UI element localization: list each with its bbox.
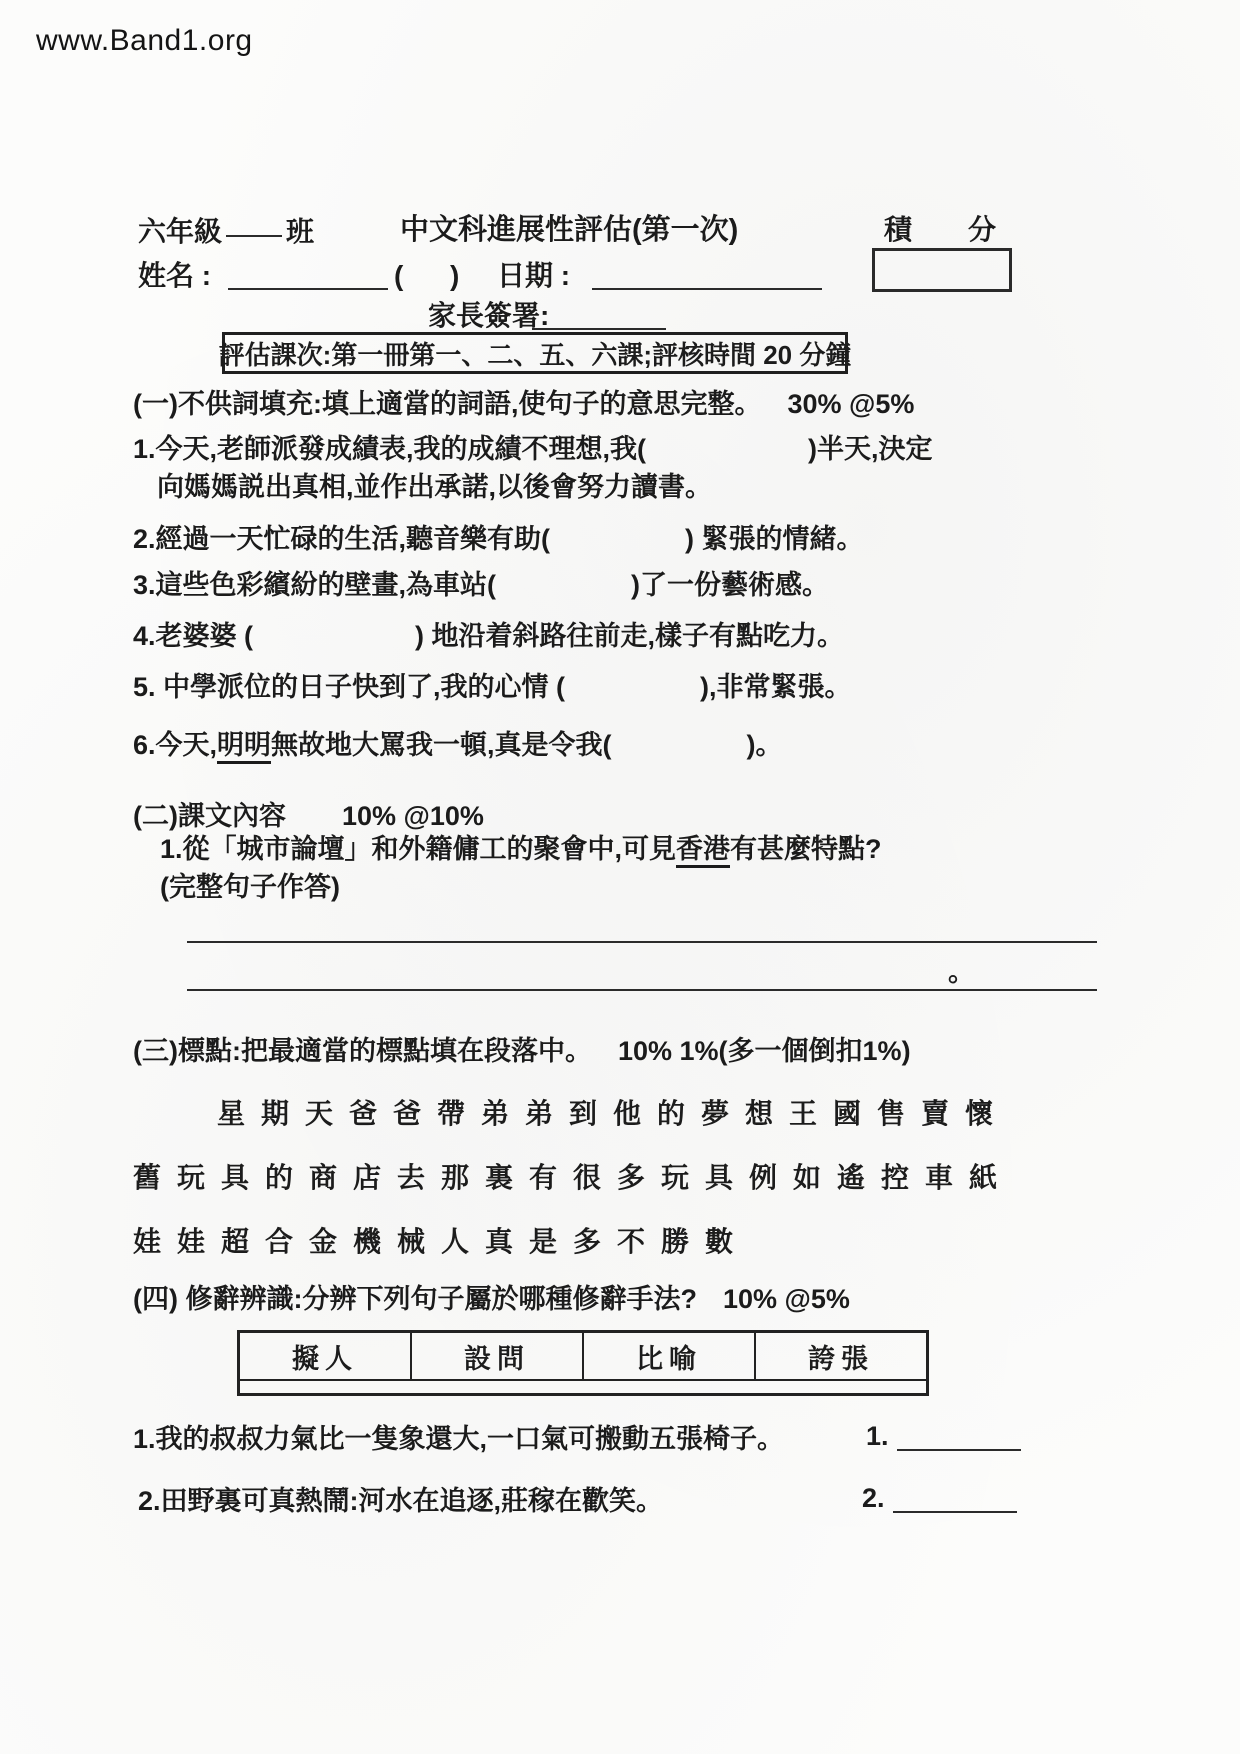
rhetoric-table: 擬人 設問 比喻 誇張 — [237, 1330, 929, 1396]
section4-marks: 10% @5% — [723, 1284, 850, 1314]
section4-q2-answer-label: 2. — [862, 1483, 885, 1514]
class-number-paren-close: ) — [450, 258, 459, 293]
section4-heading-row: (四) 修辭辨識:分辨下列句子屬於哪種修辭手法?10% @5% — [133, 1283, 850, 1317]
rhetoric-header-simile: 比喻 — [584, 1333, 756, 1381]
section4-q2-text: 2.田野裏可真熱鬧:河水在追逐,莊稼在歡笑。 — [138, 1485, 663, 1519]
section2-answer-line-2 — [187, 989, 1097, 991]
date-label: 日期 : — [497, 258, 570, 293]
section2-q1-note: (完整句子作答) — [160, 871, 340, 905]
passage-line-1: 星期天爸爸帶弟弟到他的夢想王國售賣懷 — [133, 1082, 1093, 1146]
section1-heading: (一)不供詞填充:填上適當的詞語,使句子的意思完整。 — [133, 389, 761, 419]
section1-q2: 2.經過一天忙碌的生活,聽音樂有助( ) 緊張的情緒。 — [133, 523, 864, 557]
section2-q1-post: 有甚麼特點? — [730, 834, 882, 864]
section2-q1: 1.從「城市論壇」和外籍傭工的聚會中,可見香港有甚麼特點? — [160, 833, 882, 867]
section4-q1-answer-label: 1. — [866, 1421, 889, 1452]
section2-q1-pre: 1.從「城市論壇」和外籍傭工的聚會中,可見 — [160, 834, 676, 864]
section1-heading-row: (一)不供詞填充:填上適當的詞語,使句子的意思完整。30% @5% — [133, 388, 914, 422]
section4-q1-text: 1.我的叔叔力氣比一隻象還大,一口氣可搬動五張椅子。 — [133, 1423, 784, 1457]
passage-line-2: 舊玩具的商店去那裏有很多玩具例如遙控車紙 — [133, 1146, 1093, 1210]
section2-answer-line-1 — [187, 941, 1097, 943]
section2-answer-period: 。 — [948, 950, 975, 989]
date-blank — [592, 288, 822, 290]
grade-class-line: 六年級班 — [138, 214, 314, 249]
section3-heading-row: (三)標點:把最適當的標點填在段落中。10% 1%(多一個倒扣1%) — [133, 1035, 911, 1069]
section2-marks: 10% @10% — [342, 801, 484, 831]
class-number-paren-open: ( — [394, 258, 403, 293]
section4-heading: (四) 修辭辨識:分辨下列句子屬於哪種修辭手法? — [133, 1284, 697, 1314]
class-suffix-label: 班 — [286, 216, 314, 247]
scanned-test-paper: www.Band1.org 六年級班 中文科進展性評估(第一次) 積 分 姓名 … — [0, 0, 1240, 1754]
section1-q1-line2: 向媽媽説出真相,並作出承諾,以後會努力讀書。 — [157, 471, 712, 505]
grade-label: 六年級 — [138, 216, 222, 247]
rhetoric-header-hyperbole: 誇張 — [756, 1333, 926, 1381]
section1-q4: 4.老婆婆 ( ) 地沿着斜路往前走,樣子有點吃力。 — [133, 620, 844, 654]
site-watermark: www.Band1.org — [36, 24, 253, 58]
name-blank — [228, 288, 388, 290]
rhetoric-table-header-row: 擬人 設問 比喻 誇張 — [240, 1333, 926, 1381]
passage-line-3: 娃娃超合金機械人真是多不勝數 — [133, 1210, 1093, 1274]
section4-q1-answer-blank — [897, 1449, 1021, 1451]
score-box — [872, 248, 1012, 292]
section1-q6: 6.今天,明明無故地大罵我一頓,真是令我( )。 — [133, 729, 783, 763]
assessment-scope-text: 評估課次:第一冊第一、二、五、六課;評核時間 20 分鐘 — [219, 335, 852, 372]
section1-marks: 30% @5% — [787, 389, 914, 419]
paper-title: 中文科進展性評估(第一次) — [400, 212, 738, 248]
section1-q6-post: 無故地大罵我一頓,真是令我( )。 — [271, 730, 782, 760]
section1-q1-line1: 1.今天,老師派發成績表,我的成績不理想,我( )半天,決定 — [133, 433, 933, 467]
section2-q1-underlined-word: 香港 — [676, 834, 730, 868]
rhetoric-header-rhetorical-question: 設問 — [412, 1333, 584, 1381]
rhetoric-header-personification: 擬人 — [240, 1333, 412, 1381]
section3-marks: 10% 1%(多一個倒扣1%) — [618, 1036, 911, 1066]
section2-heading: (二)課文內容 — [133, 801, 286, 831]
name-label: 姓名 : — [138, 258, 211, 293]
section4-q2-answer-blank — [893, 1511, 1017, 1513]
section3-passage: 星期天爸爸帶弟弟到他的夢想王國售賣懷 舊玩具的商店去那裏有很多玩具例如遙控車紙 … — [133, 1082, 1093, 1274]
section3-heading: (三)標點:把最適當的標點填在段落中。 — [133, 1036, 592, 1066]
parent-signature-blank — [532, 328, 666, 330]
score-label: 積 分 — [884, 212, 996, 247]
class-blank — [226, 235, 282, 237]
section1-q5: 5. 中學派位的日子快到了,我的心情 ( ),非常緊張。 — [133, 671, 852, 705]
section1-q3: 3.這些色彩繽紛的壁畫,為車站( )了一份藝術感。 — [133, 569, 829, 603]
assessment-scope-box: 評估課次:第一冊第一、二、五、六課;評核時間 20 分鐘 — [222, 332, 848, 374]
section1-q6-underlined-word: 明明 — [217, 730, 271, 764]
section1-q6-pre: 6.今天, — [133, 730, 217, 760]
section2-heading-row: (二)課文內容10% @10% — [133, 800, 484, 834]
